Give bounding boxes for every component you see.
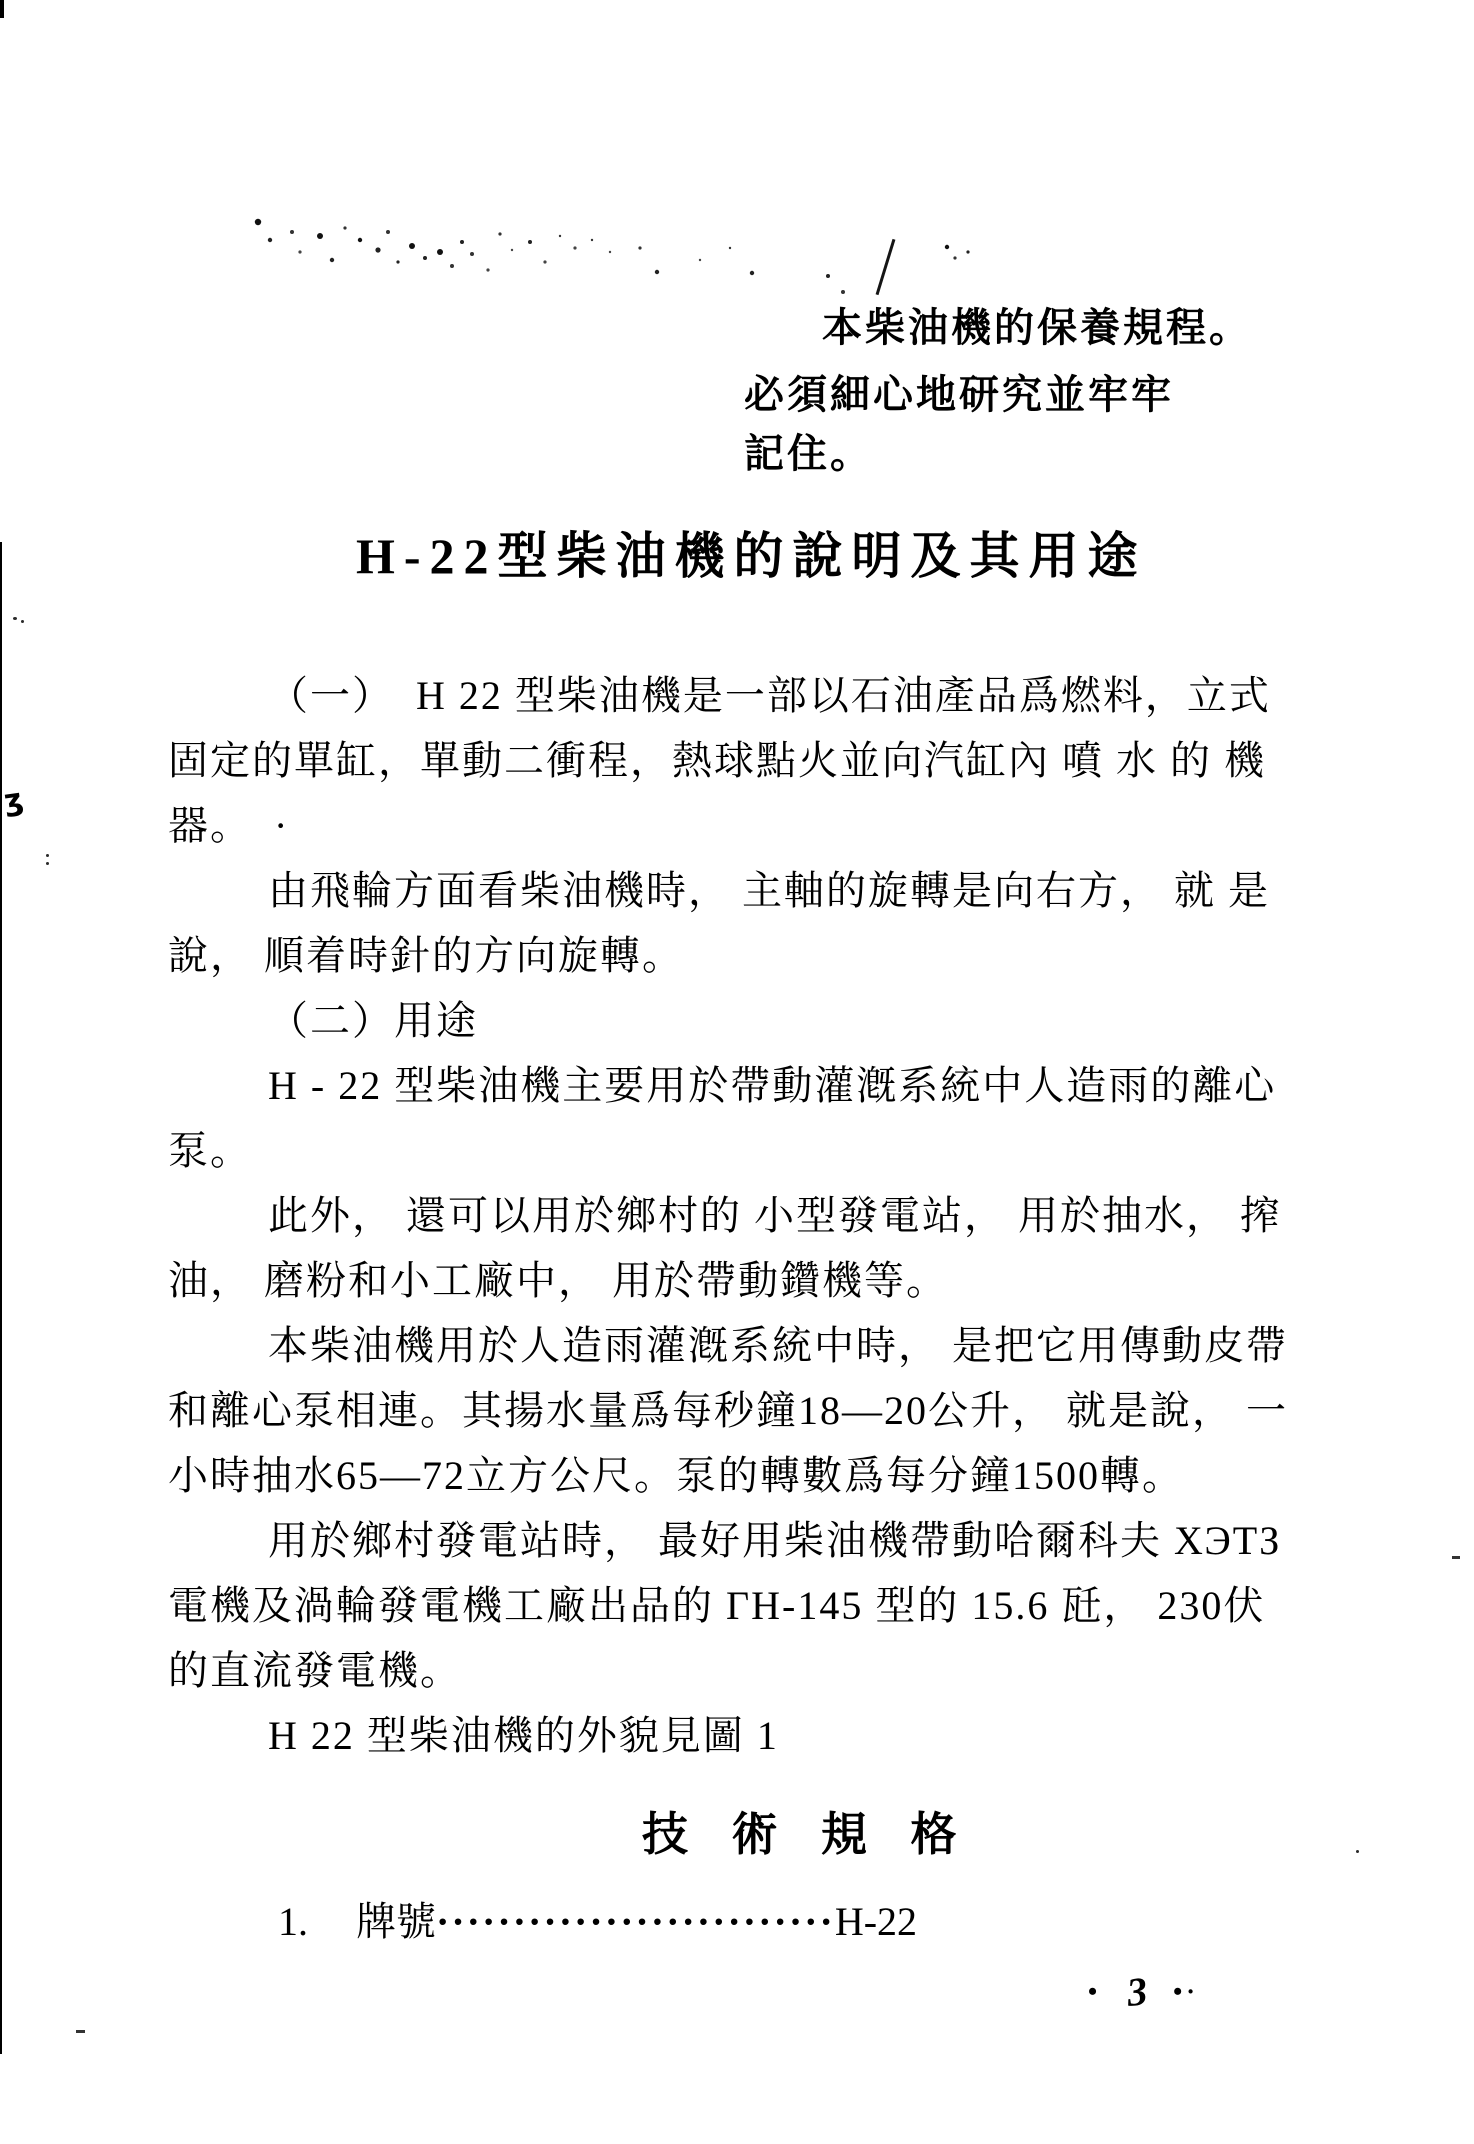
body-line: 電機及渦輪發電機工廠出品的 ГН-145 型的 15.6 瓩， 230伏	[168, 1577, 1348, 1642]
body-line: 和離心泵相連。其揚水量爲每秒鐘18—20公升， 就是說， 一	[168, 1382, 1348, 1447]
scan-margin-dash	[1452, 1556, 1460, 1559]
scan-edge-line	[0, 542, 2, 2054]
spec-item-value: H-22	[835, 1899, 917, 1944]
body-line: H 22 型柴油機的外貌見圖 1	[168, 1707, 1348, 1772]
scan-edge-line-top	[0, 0, 4, 18]
footer-right-dots: •·	[1173, 1977, 1199, 2007]
dotted-leader: ··························	[436, 1899, 835, 1944]
body-line: 固定的單缸，單動二衝程，熱球點火並向汽缸內 噴 水 的 機	[168, 732, 1348, 797]
body-line: 油， 磨粉和小工廠中， 用於帶動鑽機等。	[168, 1252, 1348, 1317]
body-line: 用於鄉村發電站時， 最好用柴油機帶動哈爾科夫 ХЭТЗ	[168, 1512, 1348, 1577]
intro-note-line-3: 記住。	[744, 422, 873, 479]
body-line: 由飛輪方面看柴油機時， 主軸的旋轉是向右方， 就 是	[168, 862, 1348, 927]
body-line: 此外， 還可以用於鄉村的 小型發電站， 用於抽水， 搾	[168, 1187, 1348, 1252]
body-line: 說， 順着時針的方向旋轉。	[168, 927, 1348, 992]
intro-note-line-1: 本柴油機的保養規程。	[822, 296, 1252, 353]
scan-speckle	[1356, 1850, 1359, 1853]
body-line: H - 22 型柴油機主要用於帶動灌漑系統中人造雨的離心	[168, 1057, 1348, 1122]
intro-note-line-2: 必須細心地研究並牢牢	[744, 363, 1174, 420]
body-line: 泵。	[168, 1122, 1348, 1187]
scan-speckle	[21, 620, 24, 623]
body-line: 本柴油機用於人造雨灌漑系統中時， 是把它用傳動皮帶	[168, 1317, 1348, 1382]
page-number: 3	[1125, 1967, 1150, 2016]
spec-item-1: 1.牌號··························H-22	[278, 1890, 917, 1947]
scan-speckle	[13, 617, 17, 620]
page-title: H-22型柴油機的說明及其用途	[356, 516, 1147, 588]
body-line: 器。 ·	[168, 797, 1348, 862]
footer-left-dot: •	[1088, 1977, 1101, 2007]
scan-margin-dash	[76, 2030, 85, 2033]
spec-item-number: 1.	[278, 1898, 356, 1945]
body-line: （二）用途	[168, 992, 1348, 1057]
page-footer: • 3 •·	[1088, 1968, 1288, 2015]
tech-spec-heading: 技 術 規 格	[642, 1798, 973, 1864]
scan-margin-squiggle: ʒ	[2, 785, 25, 817]
body-text-block: （一） H 22 型柴油機是一部以石油產品爲燃料，立式 固定的單缸，單動二衝程，…	[168, 667, 1348, 1772]
body-line: （一） H 22 型柴油機是一部以石油產品爲燃料，立式	[168, 667, 1348, 732]
scan-speckle	[46, 854, 49, 857]
scan-speckle	[46, 862, 49, 865]
body-line: 的直流發電機。	[168, 1642, 1348, 1707]
scanned-document-page: ʒ 本柴油機的保養規程。 必須細心地研究並牢牢 記住。 H-22型柴油機的說明及…	[0, 0, 1474, 2144]
body-line: 小時抽水65—72立方公尺。泵的轉數爲每分鐘1500轉。	[168, 1447, 1348, 1512]
spec-item-label: 牌號	[356, 1899, 436, 1944]
